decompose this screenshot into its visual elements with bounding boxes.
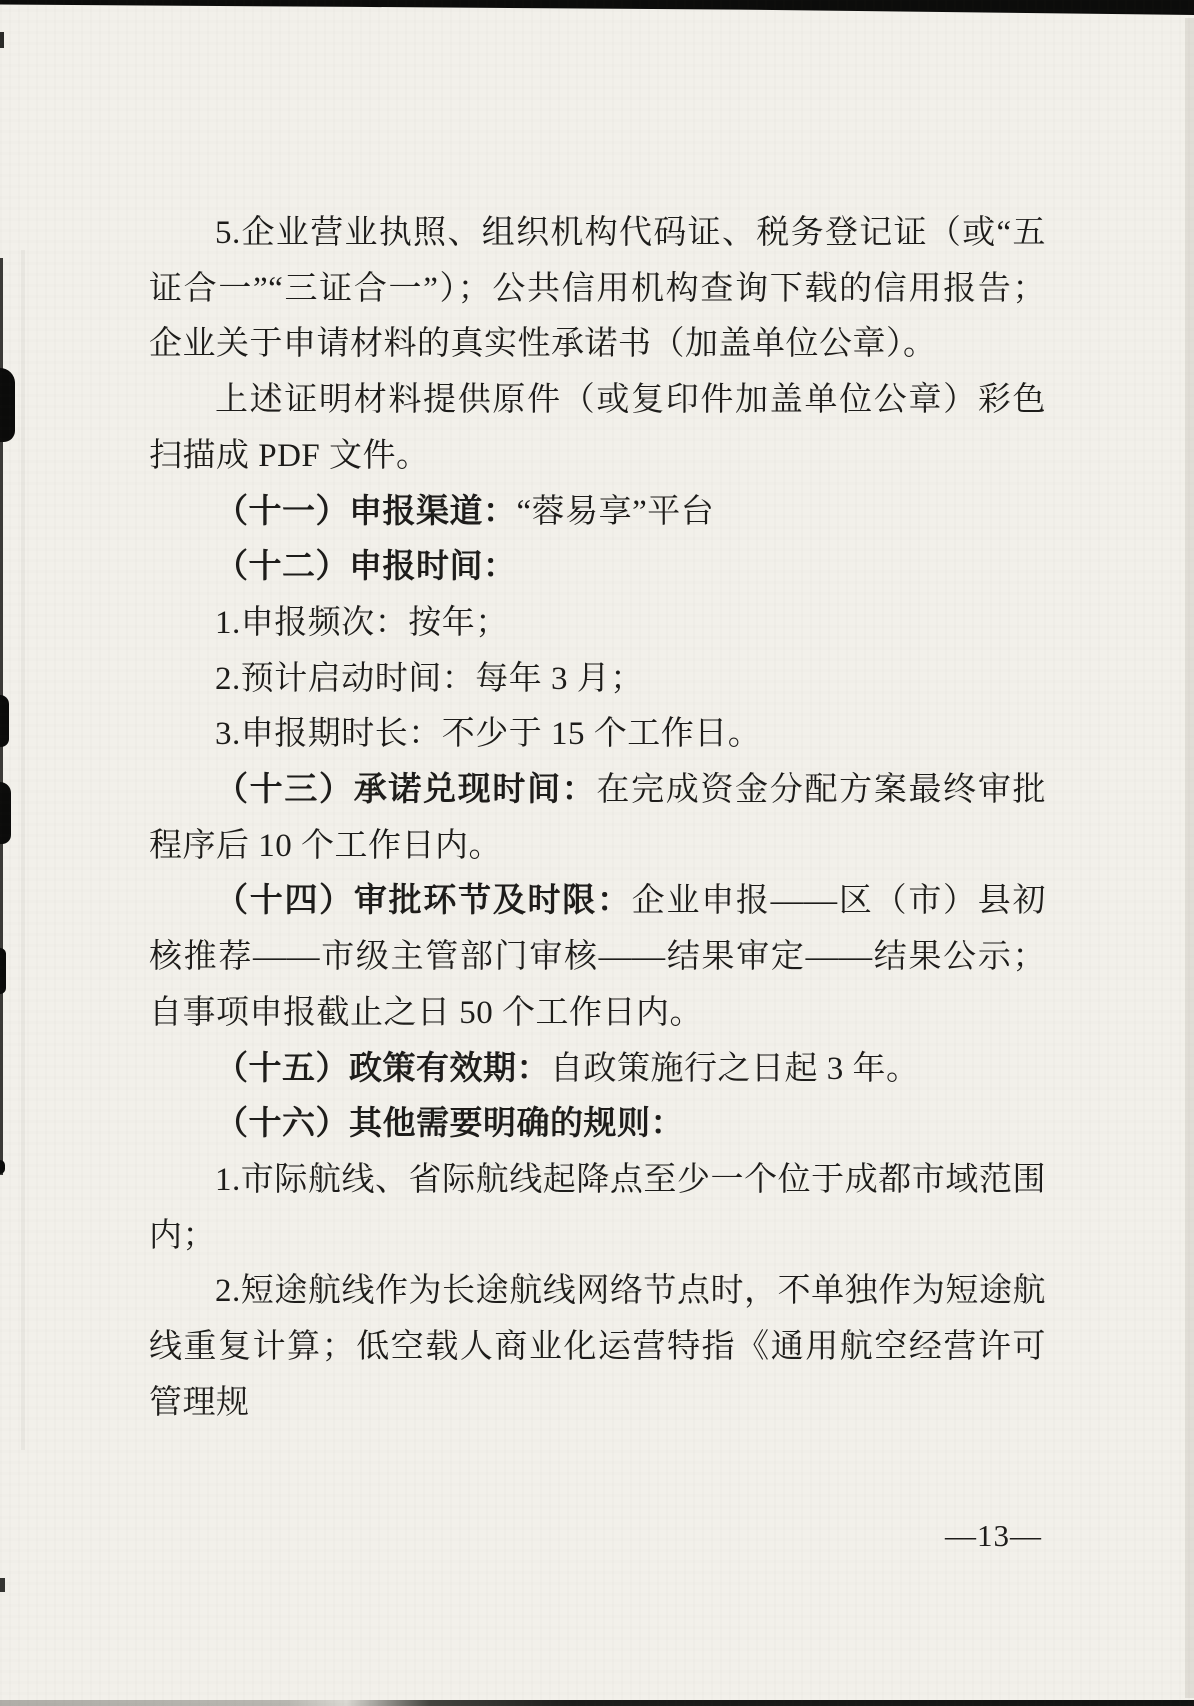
paragraph: （十五）政策有效期：自政策施行之日起 3 年。 xyxy=(149,1042,1046,1098)
paragraph: 上述证明材料提供原件（或复印件加盖单位公章）彩色扫描成 PDF 文件。 xyxy=(149,373,1046,484)
paragraph: （十六）其他需要明确的规则： xyxy=(149,1097,1046,1153)
binding-blob-artifact xyxy=(0,948,6,994)
paragraph: 5.企业营业执照、组织机构代码证、税务登记证（或“五证合一”“三证合一”）；公共… xyxy=(149,206,1046,373)
paragraph-label: （十五）政策有效期： xyxy=(215,1051,550,1087)
paragraph-text: “蓉易享”平台 xyxy=(517,494,715,530)
binding-blob-artifact xyxy=(0,368,15,442)
paragraph-text: 3.申报期时长：不少于 15 个工作日。 xyxy=(215,716,761,752)
scan-edge-top xyxy=(0,0,1194,15)
paragraph: （十四）审批环节及时限：企业申报——区（市）县初核推荐——市级主管部门审核——结… xyxy=(149,874,1046,1041)
scan-mark-artifact xyxy=(0,32,4,48)
binding-blob-artifact xyxy=(0,695,9,747)
scan-edge-bottom xyxy=(0,1700,1194,1706)
paragraph-label: （十三）承诺兑现时间： xyxy=(215,772,596,808)
page-number: —13— xyxy=(945,1518,1042,1554)
paragraph-text: 2.预计启动时间：每年 3 月； xyxy=(215,661,644,697)
paragraph-text: 自政策施行之日起 3 年。 xyxy=(550,1051,920,1087)
paragraph: 1.申报频次：按年； xyxy=(149,596,1046,652)
paragraph-text: 1.申报频次：按年； xyxy=(215,605,509,641)
binding-blob-artifact xyxy=(0,782,11,844)
binding-blob-artifact xyxy=(0,1160,5,1174)
paragraph: 3.申报期时长：不少于 15 个工作日。 xyxy=(149,707,1046,763)
paper-crease xyxy=(21,250,25,1450)
paragraph-label: （十六）其他需要明确的规则： xyxy=(215,1106,684,1142)
paragraph-label: （十四）审批环节及时限： xyxy=(215,883,632,919)
paragraph-label: （十二）申报时间： xyxy=(215,549,517,585)
paragraph: 1.市际航线、省际航线起降点至少一个位于成都市域范围内； xyxy=(149,1153,1046,1264)
paragraph: （十一）申报渠道：“蓉易享”平台 xyxy=(149,485,1046,541)
document-body: 5.企业营业执照、组织机构代码证、税务登记证（或“五证合一”“三证合一”）；公共… xyxy=(149,206,1046,1431)
paragraph-label: （十一）申报渠道： xyxy=(215,494,517,530)
scan-edge-right xyxy=(1185,18,1194,1698)
paragraph: 2.短途航线作为长途航线网络节点时，不单独作为短途航线重复计算；低空载人商业化运… xyxy=(149,1264,1046,1431)
paragraph: （十二）申报时间： xyxy=(149,540,1046,596)
paragraph: 2.预计启动时间：每年 3 月； xyxy=(149,652,1046,708)
paragraph-text: 2.短途航线作为长途航线网络节点时，不单独作为短途航线重复计算；低空载人商业化运… xyxy=(149,1273,1046,1420)
paragraph-text: 5.企业营业执照、组织机构代码证、税务登记证（或“五证合一”“三证合一”）；公共… xyxy=(149,215,1046,362)
paragraph-text: 上述证明材料提供原件（或复印件加盖单位公章）彩色扫描成 PDF 文件。 xyxy=(149,382,1046,474)
scan-mark-artifact xyxy=(0,1578,5,1592)
scanned-document-page: 5.企业营业执照、组织机构代码证、税务登记证（或“五证合一”“三证合一”）；公共… xyxy=(0,0,1194,1706)
paragraph: （十三）承诺兑现时间：在完成资金分配方案最终审批程序后 10 个工作日内。 xyxy=(149,763,1046,874)
paragraph-text: 1.市际航线、省际航线起降点至少一个位于成都市域范围内； xyxy=(149,1162,1046,1254)
